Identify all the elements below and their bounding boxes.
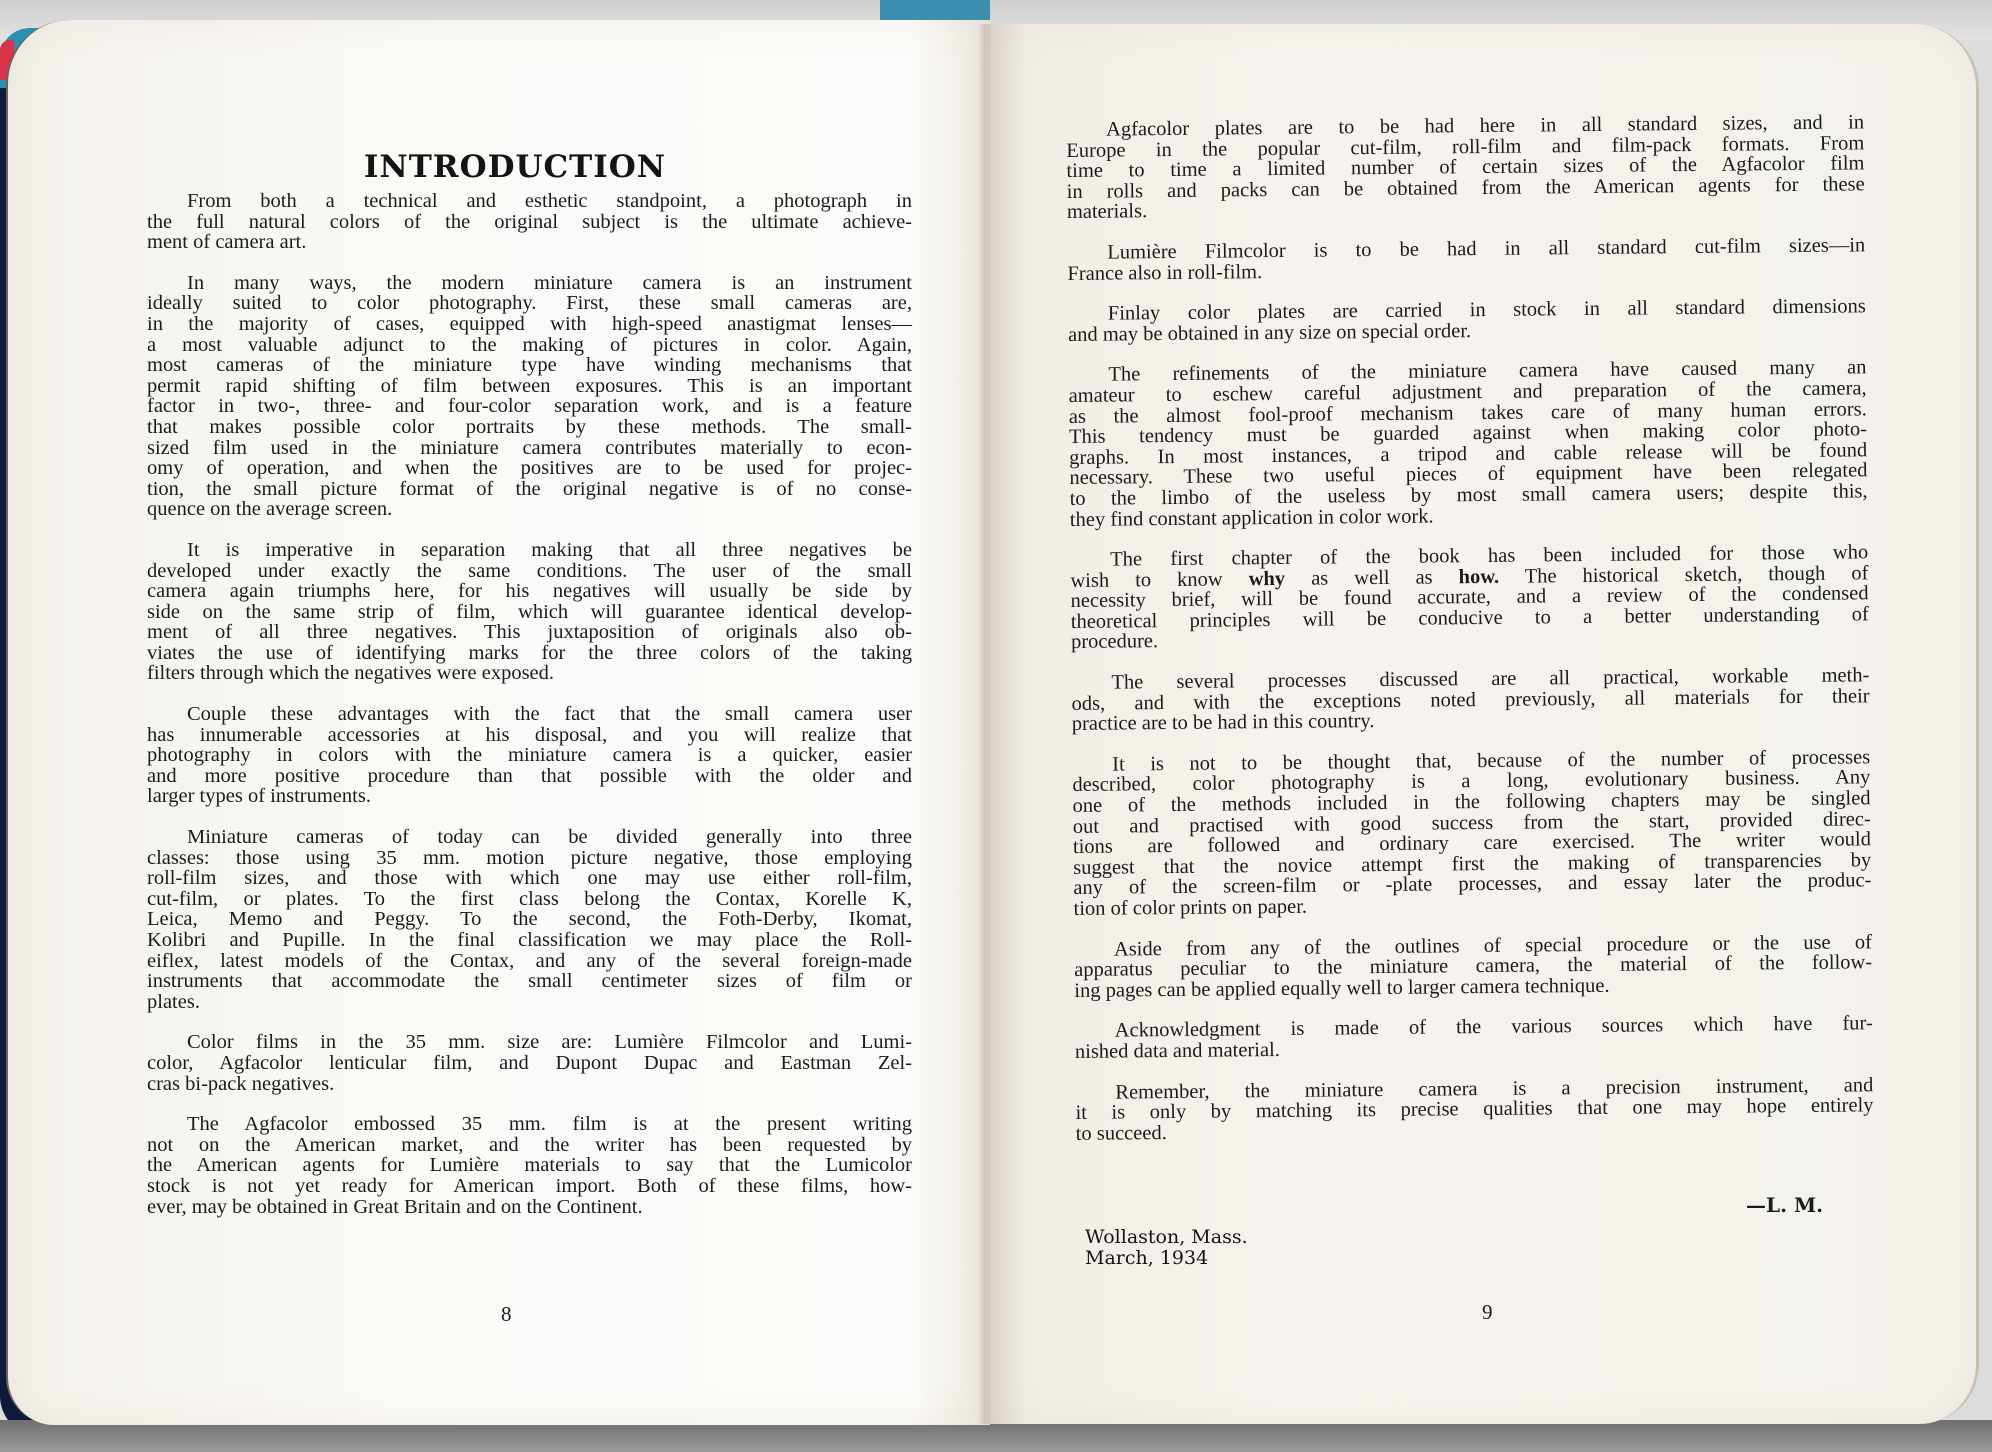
text-line: ideally suited to color photography. Fir… [147,293,912,314]
book-gutter [978,24,992,1424]
right-page-body: Agfacolor plates are to be had here in a… [1066,112,1874,1164]
text-line: not on the American market, and the writ… [147,1135,912,1156]
paragraph: The several processes discussed are all … [1071,665,1870,734]
text-line: developed under exactly the same conditi… [147,561,912,582]
text-line: permit rapid shifting of film between ex… [147,376,912,397]
text-line: cras bi-pack negatives. [147,1074,912,1095]
date-line: March, 1934 [1085,1248,1248,1269]
text-line: instruments that accommodate the small c… [147,971,912,992]
text-line: larger types of instruments. [147,786,912,807]
text-line: and more positive procedure than that po… [147,766,912,787]
text-line: factor in two-, three- and four-color se… [147,396,912,417]
text-line: has innumerable accessories at his dispo… [147,725,912,746]
paragraph: Aside from any of the outlines of specia… [1074,932,1873,1001]
paragraph: Color films in the 35 mm. size are: Lumi… [147,1032,912,1094]
paragraph: Couple these advantages with the fact th… [147,704,912,807]
text-line: side on the same strip of film, which wi… [147,602,912,623]
paragraph: Miniature cameras of today can be divide… [147,827,912,1012]
paragraph: In many ways, the modern miniature camer… [147,273,912,520]
text-line: Kolibri and Pupille. In the final classi… [147,930,912,951]
text-line: viates the use of identifying marks for … [147,643,912,664]
paragraph: Agfacolor plates are to be had here in a… [1066,112,1865,223]
paragraph: It is not to be thought that, because of… [1072,747,1872,919]
text-line: color, Agfacolor lenticular film, and Du… [147,1053,912,1074]
text-line: ment of all three negatives. This juxtap… [147,622,912,643]
text-line: From both a technical and esthetic stand… [147,191,912,212]
text-line: In many ways, the modern miniature camer… [147,273,912,294]
text-line: the American agents for Lumière material… [147,1155,912,1176]
page-number-right: 9 [1482,1300,1493,1325]
text-line: sized film used in the miniature camera … [147,438,912,459]
paragraph: The refinements of the miniature camera … [1068,358,1868,530]
paragraph: From both a technical and esthetic stand… [147,191,912,253]
text-line: Miniature cameras of today can be divide… [147,827,912,848]
paragraph: It is imperative in separation making th… [147,540,912,684]
chapter-title: INTRODUCTION [0,149,1030,185]
text-line: a most valuable adjunct to the making of… [147,335,912,356]
page-number-left: 8 [501,1302,512,1327]
text-line: roll-film sizes, and those with which on… [147,868,912,889]
text-line: The Agfacolor embossed 35 mm. film is at… [147,1114,912,1135]
text-line: that makes possible color portraits by t… [147,417,912,438]
paragraph: Lumière Filmcolor is to be had in all st… [1067,235,1865,284]
text-line: ment of camera art. [147,232,912,253]
text-line: ever, may be obtained in Great Britain a… [147,1197,912,1218]
text-line: camera again triumphs here, for his nega… [147,581,912,602]
text-line: Color films in the 35 mm. size are: Lumi… [147,1032,912,1053]
text-line: the full natural colors of the original … [147,212,912,233]
text-line: classes: those using 35 mm. motion pictu… [147,848,912,869]
paragraph: Finlay color plates are carried in stock… [1068,296,1866,345]
text-line: in the majority of cases, equipped with … [147,314,912,335]
text-line: It is imperative in separation making th… [147,540,912,561]
place-line: Wollaston, Mass. [1085,1227,1248,1248]
paragraph: The Agfacolor embossed 35 mm. film is at… [147,1114,912,1217]
text-line: plates. [147,992,912,1013]
text-line: eiflex, latest models of the Contax, and… [147,951,912,972]
author-signature: —L. M. [1746,1193,1823,1217]
left-page-body: From both a technical and esthetic stand… [147,191,912,1237]
text-line: quence on the average screen. [147,499,912,520]
paragraph: Remember, the miniature camera is a prec… [1075,1075,1874,1144]
text-line: Leica, Memo and Peggy. To the second, th… [147,909,912,930]
text-line: photography in colors with the miniature… [147,745,912,766]
text-line: Couple these advantages with the fact th… [147,704,912,725]
text-line: most cameras of the miniature type have … [147,355,912,376]
text-line: tion, the small picture format of the or… [147,479,912,500]
text-line: stock is not yet ready for American impo… [147,1176,912,1197]
text-line: filters through which the negatives were… [147,663,912,684]
text-line: omy of operation, and when the positives… [147,458,912,479]
text-line: cut-film, or plates. To the first class … [147,889,912,910]
paragraph: The first chapter of the book has been i… [1070,542,1869,653]
place-and-date: Wollaston, Mass. March, 1934 [1085,1227,1248,1269]
paragraph: Acknowledgment is made of the various so… [1075,1014,1873,1063]
